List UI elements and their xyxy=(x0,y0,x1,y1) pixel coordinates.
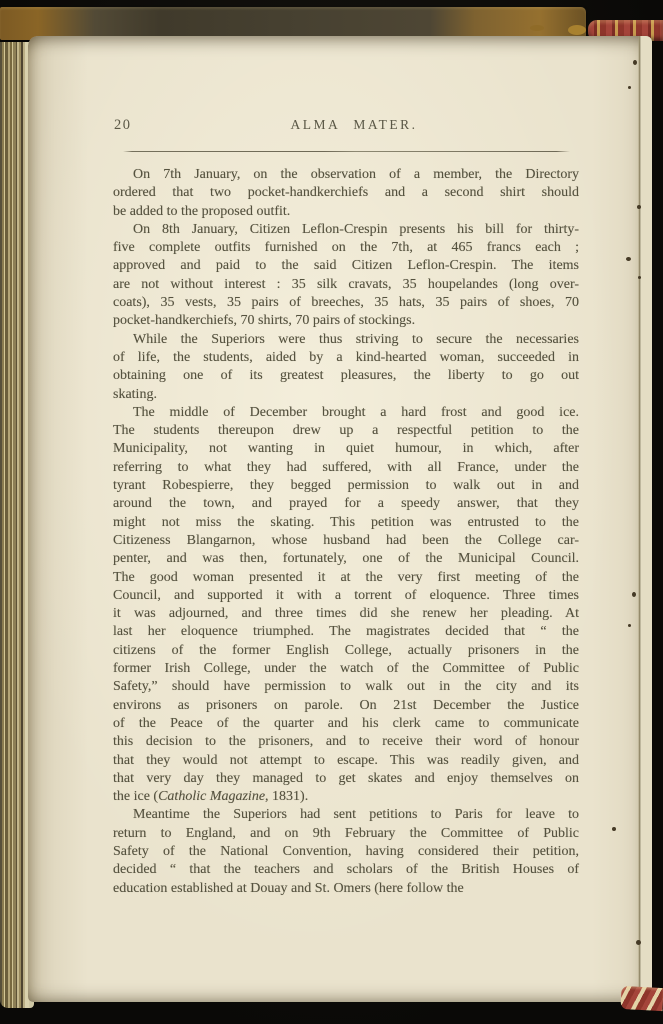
text-line: the ice (Catholic Magazine, 1831). xyxy=(113,788,579,806)
book-photo: 20 ALMA MATER. On 7th January, on the ob… xyxy=(0,0,663,1024)
text-line: environs as prisoners on parole. On 21st… xyxy=(113,697,579,715)
header-rule xyxy=(123,151,570,152)
edge-speck xyxy=(628,86,631,89)
text-line: five complete outfits furnished on the 7… xyxy=(113,239,579,257)
paragraph: While the Superiors were thus striving t… xyxy=(113,331,579,404)
text-line: pocket-handkerchiefs, 70 shirts, 70 pair… xyxy=(113,312,579,330)
edge-speck xyxy=(626,257,631,261)
text-line: might not miss the skating. This petitio… xyxy=(113,514,579,532)
page-edge-crease xyxy=(638,36,641,1002)
text-line: The middle of December brought a hard fr… xyxy=(113,404,579,422)
text-line: education established at Douay and St. O… xyxy=(113,880,579,898)
edge-speck xyxy=(636,940,641,945)
edge-speck xyxy=(633,60,637,65)
text-line: penter, and was then, fortunately, one o… xyxy=(113,550,579,568)
edge-speck xyxy=(638,276,641,279)
text-line: Council, and supported it with a torrent… xyxy=(113,587,579,605)
text-line: of the Peace of the quarter and his cler… xyxy=(113,715,579,733)
text-line: On 8th January, Citizen Leflon-Crespin p… xyxy=(113,221,579,239)
text-line: it was adjourned, and three times did sh… xyxy=(113,605,579,623)
paragraph: On 7th January, on the observation of a … xyxy=(113,166,579,221)
gilt-fleck xyxy=(568,25,586,35)
edge-speck xyxy=(632,592,636,597)
text-line: be added to the proposed outfit. xyxy=(113,203,579,221)
text-line: While the Superiors were thus striving t… xyxy=(113,331,579,349)
text-line: return to England, and on 9th February t… xyxy=(113,825,579,843)
text-line: Safety of the National Convention, havin… xyxy=(113,843,579,861)
printed-content: 20 ALMA MATER. On 7th January, on the ob… xyxy=(113,114,579,898)
text-line: this decision to the prisoners, and to r… xyxy=(113,733,579,751)
text-line: of life, the students, aided by a kind-h… xyxy=(113,349,579,367)
text-line: last her eloquence triumphed. The magist… xyxy=(113,623,579,641)
text-line: Citizeness Blangarnon, whose husband had… xyxy=(113,532,579,550)
text-line: former Irish College, under the watch of… xyxy=(113,660,579,678)
edge-speck xyxy=(628,624,631,627)
running-title: ALMA MATER. xyxy=(113,117,579,133)
headband-bottom xyxy=(620,986,663,1011)
text-line: tyrant Robespierre, they begged permissi… xyxy=(113,477,579,495)
text-line: that very day they managed to get skates… xyxy=(113,770,579,788)
text-line: obtaining one of its greatest pleasures,… xyxy=(113,367,579,385)
edge-speck xyxy=(612,827,616,831)
text-line: that they would not attempt to escape. T… xyxy=(113,752,579,770)
paragraph: On 8th January, Citizen Leflon-Crespin p… xyxy=(113,221,579,331)
page-header: 20 ALMA MATER. xyxy=(113,114,579,151)
text-line: Municipality, not wanting in quiet humou… xyxy=(113,440,579,458)
edge-speck xyxy=(637,205,641,209)
text-line: The students thereupon drew up a respect… xyxy=(113,422,579,440)
text-line: Meantime the Superiors had sent petition… xyxy=(113,806,579,824)
text-line: On 7th January, on the observation of a … xyxy=(113,166,579,184)
page-body-text: On 7th January, on the observation of a … xyxy=(113,166,579,898)
book-page: 20 ALMA MATER. On 7th January, on the ob… xyxy=(28,36,652,1002)
text-line: citizens of the former English College, … xyxy=(113,642,579,660)
text-line: skating. xyxy=(113,386,579,404)
text-line: referring to what they had suffered, wit… xyxy=(113,459,579,477)
text-line: are not without interest : 35 silk crava… xyxy=(113,276,579,294)
text-line: ordered that two pocket-handkerchiefs an… xyxy=(113,184,579,202)
text-line: around the town, and prayed for a speedy… xyxy=(113,495,579,513)
text-line: decided “ that the teachers and scholars… xyxy=(113,861,579,879)
paragraph: Meantime the Superiors had sent petition… xyxy=(113,806,579,897)
text-line: Safety,” should have permission to walk … xyxy=(113,678,579,696)
paragraph: The middle of December brought a hard fr… xyxy=(113,404,579,807)
text-line: approved and paid to the said Citizen Le… xyxy=(113,257,579,275)
text-line: The good woman presented it at the very … xyxy=(113,569,579,587)
text-line: coats), 35 vests, 35 pairs of breeches, … xyxy=(113,294,579,312)
